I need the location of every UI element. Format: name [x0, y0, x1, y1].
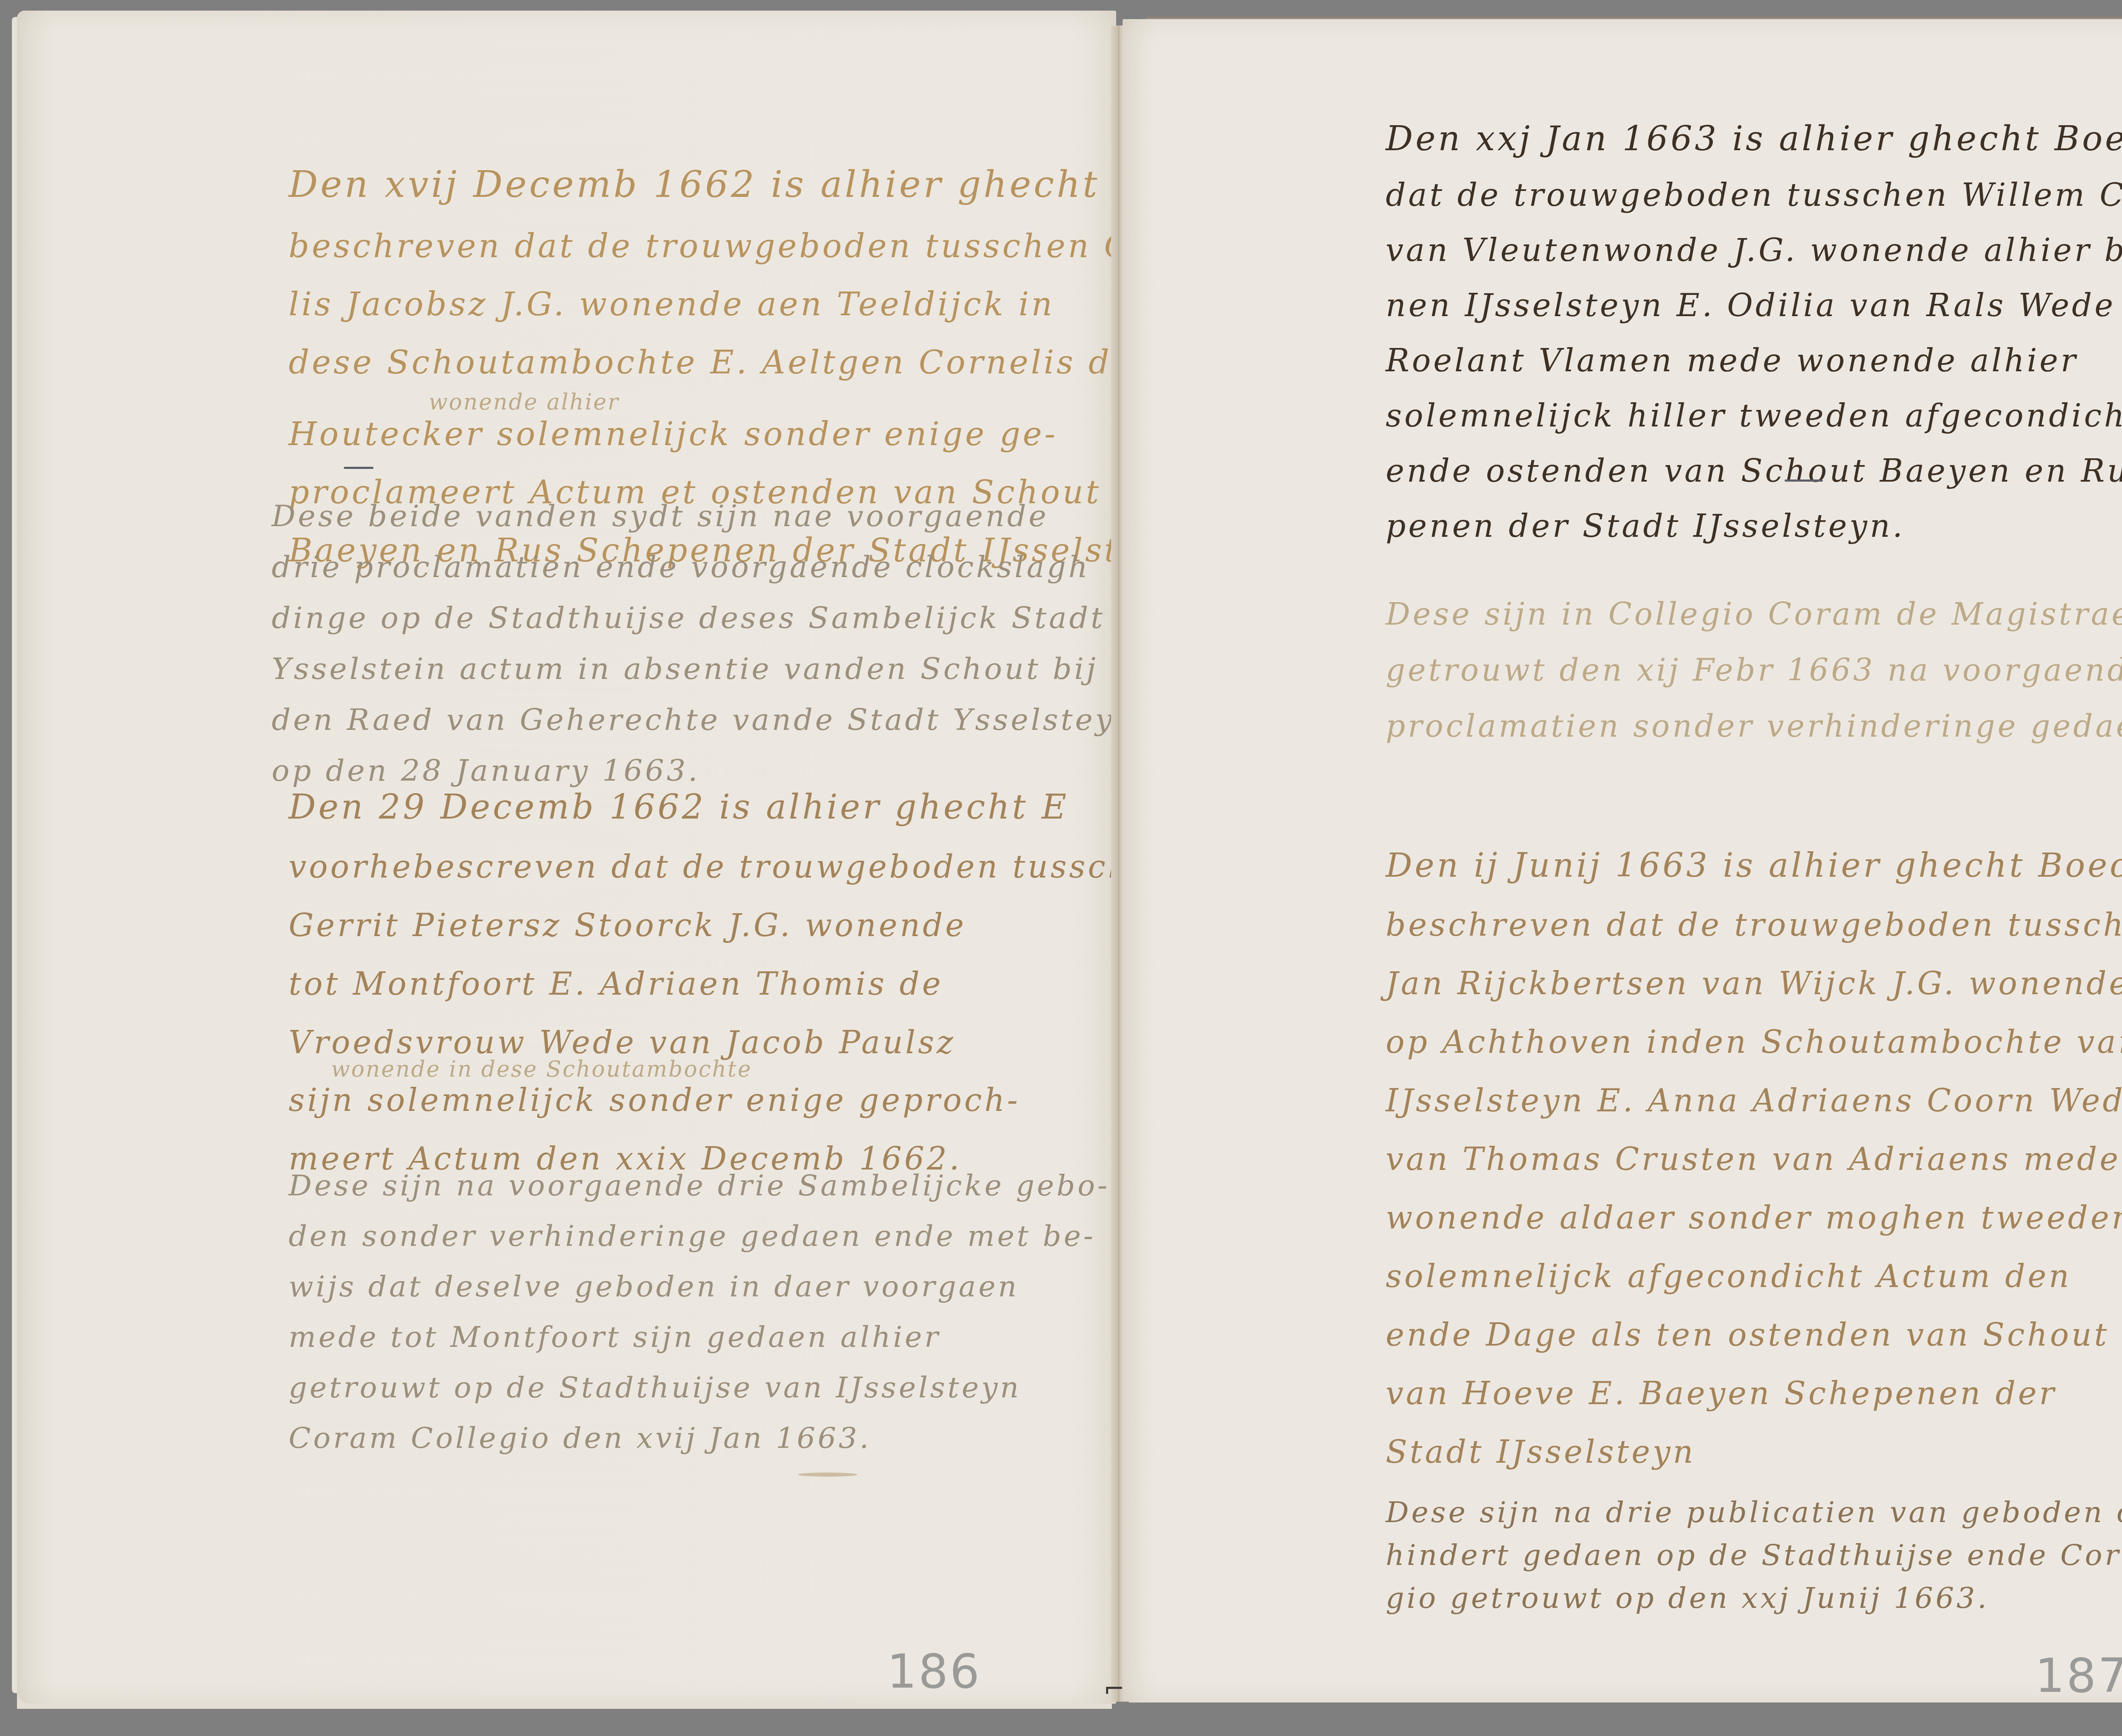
entry-line: penen der Stadt IJsselsteyn. — [1386, 508, 2122, 544]
entry-line: mede tot Montfoort sijn gedaen alhier — [289, 1321, 1110, 1354]
right-entry-3-note: Dese sijn in Collegio Coram de Magistrae… — [1386, 596, 2122, 744]
entry-line: drie proclamatien ende voorgaende clocks… — [272, 550, 1136, 584]
entry-line: van Hoeve E. Baeyen Schepenen der — [1386, 1375, 2122, 1412]
entry-line: ende ostenden van Schout Baeyen en Rus S… — [1386, 453, 2122, 489]
right-entry-3: Den xxj Jan 1663 is alhier ghecht Boeck … — [1386, 119, 2122, 544]
left-entry-2-note: Dese sijn na voorgaende drie Sambelijcke… — [289, 1169, 1110, 1455]
right-entry-4-note: Dese sijn na drie publicatien van gebode… — [1386, 1496, 2122, 1615]
entry-line: Gerrit Pietersz Stoorck J.G. wonende — [289, 907, 1175, 944]
entry-line: wonende aldaer sonder moghen tweeden — [1386, 1200, 2122, 1236]
interlinear-insertion: wonende alhier — [429, 390, 1229, 415]
entry-line: getrouwt op de Stadthuijse van IJsselste… — [289, 1371, 1110, 1405]
entry-line: Houtecker solemnelijck sonder enige ge- — [289, 415, 1229, 453]
entry-line: wijs dat deselve geboden in daer voorgae… — [289, 1270, 1110, 1304]
entry-line: op den 28 January 1663. — [272, 753, 1136, 788]
left-entry-2: Den 29 Decemb 1662 is alhier ghecht E vo… — [289, 787, 1175, 1177]
entry-line: Vroedsvrouw Wede van Jacob Paulsz — [289, 1024, 1175, 1061]
entry-line: Dese sijn na drie publicatien van gebode… — [1386, 1496, 2122, 1529]
entry-line: den Raed van Geherechte vande Stadt Ysse… — [272, 702, 1136, 737]
underline-mark — [1785, 480, 1823, 482]
left-entry-1-note: Dese beide vanden sydt sijn nae voorgaen… — [272, 499, 1136, 788]
entry-line: Dese beide vanden sydt sijn nae voorgaen… — [272, 499, 1136, 533]
left-page: Den xvij Decemb 1662 is alhier ghecht Bo… — [17, 11, 1116, 1704]
entry-line: den sonder verhinderinge gedaen ende met… — [289, 1220, 1110, 1253]
entry-line: proclamatien sonder verhinderinge gedaen… — [1386, 708, 2122, 744]
entry-line: Roelant Vlamen mede wonende alhier — [1386, 342, 2122, 379]
entry-line: gio getrouwt op den xxj Junij 1663. — [1386, 1582, 2122, 1615]
entry-line: sijn solemnelijck sonder enige geproch- — [289, 1082, 1175, 1119]
entry-line: beschreven dat de trouwgeboden tusschen … — [289, 227, 1229, 265]
right-entry-4: Den ij Junij 1663 is alhier ghecht Boeck… — [1386, 847, 2122, 1470]
entry-line: van Thomas Crusten van Adriaens mede — [1386, 1141, 2122, 1178]
entry-line: Stadt IJsselsteyn — [1386, 1434, 2122, 1470]
entry-line: Dese sijn in Collegio Coram de Magistrae… — [1386, 596, 2122, 632]
entry-line: ende Dage als ten ostenden van Schout — [1386, 1317, 2122, 1353]
entry-line: op Achthoven inden Schoutambochte van — [1386, 1024, 2122, 1060]
entry-line: dinge op de Stadthuijse deses Sambelijck… — [272, 600, 1136, 635]
entry-line: dese Schoutambochte E. Aeltgen Cornelis … — [289, 343, 1229, 381]
entry-line: nen IJsselsteyn E. Odilia van Rals Wede … — [1386, 287, 2122, 324]
entry-line: Dese sijn na voorgaende drie Sambelijcke… — [289, 1169, 1110, 1203]
manuscript-spread: Den xvij Decemb 1662 is alhier ghecht Bo… — [0, 0, 2122, 1736]
entry-line: hindert gedaen op de Stadthuijse ende Co… — [1386, 1539, 2122, 1572]
right-page: Den xxj Jan 1663 is alhier ghecht Boeck … — [1123, 19, 2122, 1702]
entry-line: solemnelijck hiller tweeden afgecondicht… — [1386, 398, 2122, 434]
entry-line: Den ij Junij 1663 is alhier ghecht Boeck — [1386, 847, 2122, 885]
entry-line: solemnelijck afgecondicht Actum den — [1386, 1258, 2122, 1295]
ink-blot — [798, 1472, 857, 1477]
entry-line: dat de trouwgeboden tusschen Willem Crus… — [1386, 177, 2122, 213]
entry-line: Den xvij Decemb 1662 is alhier ghecht Bo… — [289, 163, 1229, 206]
entry-line: tot Montfoort E. Adriaen Thomis de — [289, 966, 1175, 1002]
entry-line: Den 29 Decemb 1662 is alhier ghecht E — [289, 787, 1175, 827]
binding-mark: ⌐ — [1103, 1674, 1125, 1704]
entry-line: Den xxj Jan 1663 is alhier ghecht Boeck … — [1386, 119, 2122, 158]
entry-line: van Vleutenwonde J.G. wonende alhier bin… — [1386, 232, 2122, 269]
underline-mark — [344, 467, 373, 469]
entry-line: IJsselsteyn E. Anna Adriaens Coorn Wede — [1386, 1083, 2122, 1119]
entry-line: getrouwt den xij Febr 1663 na voorgaende — [1386, 652, 2122, 688]
page-number: 186 — [887, 1644, 981, 1699]
page-number: 187 — [2035, 1649, 2122, 1703]
entry-line: voorhebescreven dat de trouwgeboden tuss… — [289, 849, 1175, 885]
entry-line: Jan Rijckbertsen van Wijck J.G. wonende — [1386, 965, 2122, 1002]
entry-line: Coram Collegio den xvij Jan 1663. — [289, 1422, 1110, 1455]
entry-line: lis Jacobsz J.G. wonende aen Teeldijck i… — [289, 285, 1229, 323]
entry-line: beschreven dat de trouwgeboden tusschen — [1386, 907, 2122, 943]
entry-line: Ysselstein actum in absentie vanden Scho… — [272, 651, 1136, 686]
